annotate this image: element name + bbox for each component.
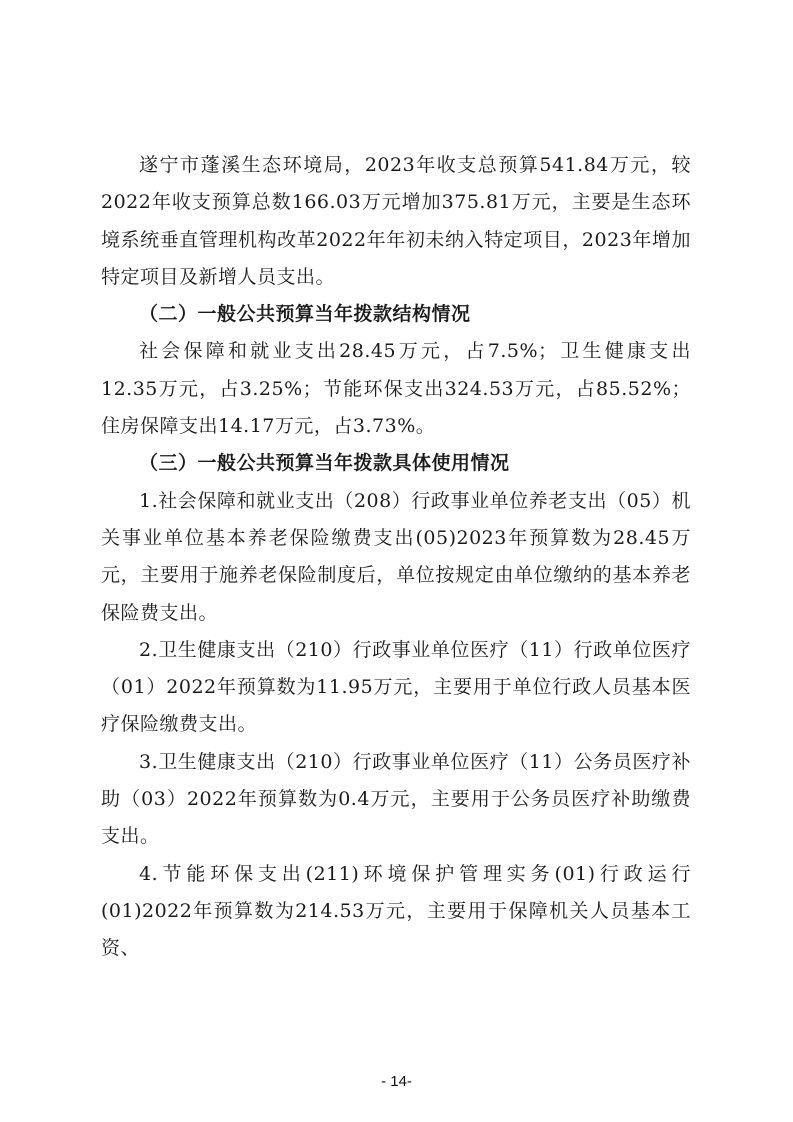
- paragraph-item-2-medical: 2.卫生健康支出（210）行政事业单位医疗（11）行政单位医疗（01）2022年…: [101, 632, 691, 744]
- document-body: 遂宁市蓬溪生态环境局，2023年收支总预算541.84万元，较2022年收支预算…: [101, 147, 691, 968]
- paragraph-item-4-environmental: 4.节能环保支出(211)环境保护管理实务(01)行政运行(01)2022年预算…: [101, 856, 691, 968]
- section-heading-appropriation-usage: （三）一般公共预算当年拨款具体使用情况: [101, 445, 691, 482]
- paragraph-budget-overview: 遂宁市蓬溪生态环境局，2023年收支总预算541.84万元，较2022年收支预算…: [101, 147, 691, 296]
- paragraph-item-3-civil-servant-medical: 3.卫生健康支出（210）行政事业单位医疗（11）公务员医疗补助（03）2022…: [101, 744, 691, 856]
- page-number: - 14-: [0, 1073, 793, 1090]
- paragraph-appropriation-structure: 社会保障和就业支出28.45万元，占7.5%；卫生健康支出12.35万元，占3.…: [101, 333, 691, 445]
- paragraph-item-1-pension: 1.社会保障和就业支出（208）行政事业单位养老支出（05）机关事业单位基本养老…: [101, 483, 691, 632]
- section-heading-appropriation-structure: （二）一般公共预算当年拨款结构情况: [101, 296, 691, 333]
